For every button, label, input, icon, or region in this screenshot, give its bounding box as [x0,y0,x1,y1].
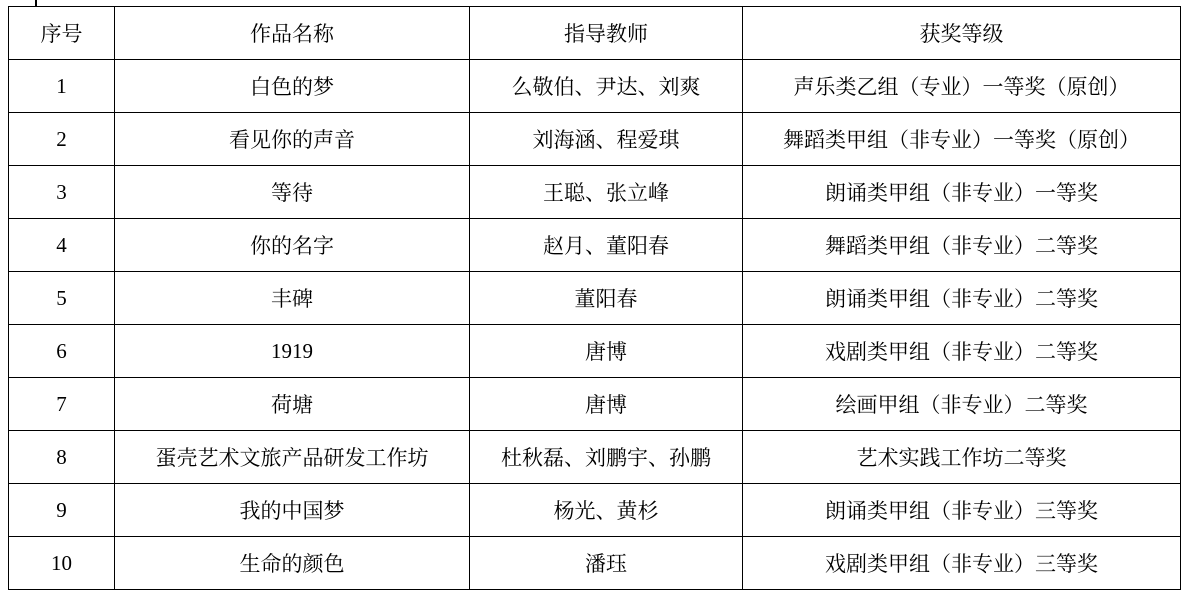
award-cell: 声乐类乙组（专业）一等奖（原创） [743,60,1181,113]
award-cell: 朗诵类甲组（非专业）二等奖 [743,272,1181,325]
award-cell: 绘画甲组（非专业）二等奖 [743,378,1181,431]
work-title-cell: 你的名字 [115,219,470,272]
award-cell: 朗诵类甲组（非专业）一等奖 [743,166,1181,219]
table-row: 7荷塘唐博绘画甲组（非专业）二等奖 [9,378,1181,431]
row-index-cell: 8 [9,431,115,484]
header-index: 序号 [9,7,115,60]
work-title-cell: 丰碑 [115,272,470,325]
table-row: 5丰碑董阳春朗诵类甲组（非专业）二等奖 [9,272,1181,325]
teachers-cell: 杜秋磊、刘鹏宇、孙鹏 [470,431,743,484]
row-index-cell: 6 [9,325,115,378]
header-row: 序号 作品名称 指导教师 获奖等级 [9,7,1181,60]
work-title-cell: 白色的梦 [115,60,470,113]
award-cell: 舞蹈类甲组（非专业）一等奖（原创） [743,113,1181,166]
teachers-cell: 刘海涵、程爱琪 [470,113,743,166]
row-index-cell: 4 [9,219,115,272]
table-row: 61919唐博戏剧类甲组（非专业）二等奖 [9,325,1181,378]
row-index-cell: 9 [9,484,115,537]
row-index-cell: 7 [9,378,115,431]
work-title-cell: 看见你的声音 [115,113,470,166]
table-header: 序号 作品名称 指导教师 获奖等级 [9,7,1181,60]
table-row: 10生命的颜色潘珏戏剧类甲组（非专业）三等奖 [9,537,1181,590]
work-title-cell: 等待 [115,166,470,219]
work-title-cell: 荷塘 [115,378,470,431]
header-title: 作品名称 [115,7,470,60]
work-title-cell: 蛋壳艺术文旅产品研发工作坊 [115,431,470,484]
table-row: 1白色的梦么敬伯、尹达、刘爽声乐类乙组（专业）一等奖（原创） [9,60,1181,113]
award-cell: 戏剧类甲组（非专业）三等奖 [743,537,1181,590]
table-row: 3等待王聪、张立峰朗诵类甲组（非专业）一等奖 [9,166,1181,219]
table-row: 8蛋壳艺术文旅产品研发工作坊杜秋磊、刘鹏宇、孙鹏艺术实践工作坊二等奖 [9,431,1181,484]
header-teacher: 指导教师 [470,7,743,60]
table-row: 4你的名字赵月、董阳春舞蹈类甲组（非专业）二等奖 [9,219,1181,272]
award-cell: 艺术实践工作坊二等奖 [743,431,1181,484]
teachers-cell: 杨光、黄杉 [470,484,743,537]
row-index-cell: 5 [9,272,115,325]
row-index-cell: 1 [9,60,115,113]
teachers-cell: 赵月、董阳春 [470,219,743,272]
table-body: 1白色的梦么敬伯、尹达、刘爽声乐类乙组（专业）一等奖（原创）2看见你的声音刘海涵… [9,60,1181,590]
teachers-cell: 唐博 [470,325,743,378]
award-cell: 朗诵类甲组（非专业）三等奖 [743,484,1181,537]
teachers-cell: 潘珏 [470,537,743,590]
table-row: 9我的中国梦杨光、黄杉朗诵类甲组（非专业）三等奖 [9,484,1181,537]
award-cell: 戏剧类甲组（非专业）二等奖 [743,325,1181,378]
row-index-cell: 10 [9,537,115,590]
awards-table: 序号 作品名称 指导教师 获奖等级 1白色的梦么敬伯、尹达、刘爽声乐类乙组（专业… [8,6,1181,590]
teachers-cell: 唐博 [470,378,743,431]
row-index-cell: 3 [9,166,115,219]
header-award: 获奖等级 [743,7,1181,60]
table-row: 2看见你的声音刘海涵、程爱琪舞蹈类甲组（非专业）一等奖（原创） [9,113,1181,166]
teachers-cell: 么敬伯、尹达、刘爽 [470,60,743,113]
row-index-cell: 2 [9,113,115,166]
teachers-cell: 董阳春 [470,272,743,325]
work-title-cell: 我的中国梦 [115,484,470,537]
teachers-cell: 王聪、张立峰 [470,166,743,219]
award-cell: 舞蹈类甲组（非专业）二等奖 [743,219,1181,272]
work-title-cell: 生命的颜色 [115,537,470,590]
work-title-cell: 1919 [115,325,470,378]
